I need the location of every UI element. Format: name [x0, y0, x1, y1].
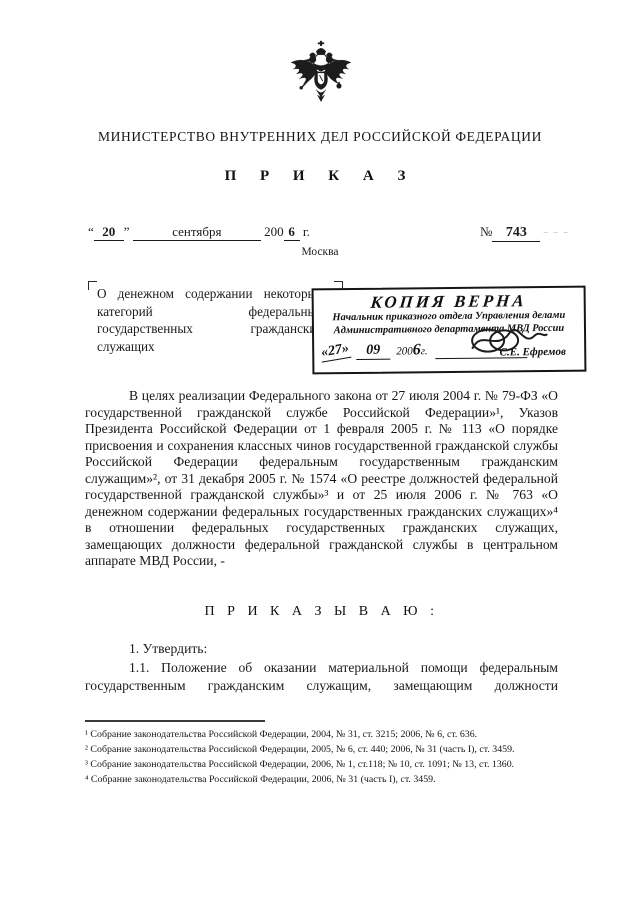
stamp-year-suffix: г. — [421, 345, 428, 357]
stamp-title: КОПИЯ ВЕРНА — [313, 291, 585, 313]
issue-day: 20 — [94, 224, 124, 241]
stamp-year-digit: 6 — [413, 341, 421, 358]
issue-year-digit: 6 — [284, 224, 300, 241]
issue-year-suffix: г. — [303, 224, 310, 239]
footnote-4: ⁴ Собрание законодательства Российской Ф… — [85, 772, 573, 787]
stamp-date-day: «27» — [319, 341, 351, 363]
order-item-1: 1. Утвердить: — [85, 641, 558, 657]
stamp-date-year: 2006г. — [396, 341, 428, 359]
order-keyword: П Р И К А З Ы В А Ю : — [85, 604, 558, 620]
number-value: 743 — [492, 225, 540, 242]
doc-type-title: П Р И К А З — [0, 168, 640, 185]
signature-scribble-icon — [462, 324, 548, 358]
footnote-2: ² Собрание законодательства Российской Ф… — [85, 742, 573, 757]
number-trailing-marks: – – – — [544, 227, 570, 236]
stamp-year-prefix: 200 — [396, 345, 413, 357]
issue-month: сентября — [133, 224, 261, 241]
document-page: МИНИСТЕРСТВО ВНУТРЕННИХ ДЕЛ РОССИЙСКОЙ Ф… — [0, 0, 640, 905]
corner-mark-left-icon — [88, 281, 97, 290]
footnote-3: ³ Собрание законодательства Российской Ф… — [85, 757, 573, 772]
coat-of-arms-icon — [288, 40, 354, 120]
quote-close: ” — [124, 224, 130, 239]
subject-block: О денежном содержании некоторых категори… — [88, 281, 324, 355]
number-label: № — [480, 224, 492, 239]
footnotes-block: ¹ Собрание законодательства Российской Ф… — [85, 727, 573, 787]
doc-number: №743 – – – — [480, 224, 570, 242]
stamp-date-row: «27» 09 2006г. С.Е. Ефремов — [314, 340, 584, 361]
issue-year-prefix: 200 — [264, 224, 284, 239]
copy-stamp: КОПИЯ ВЕРНА Начальник приказного отдела … — [312, 286, 587, 375]
footnote-1: ¹ Собрание законодательства Российской Ф… — [85, 727, 573, 742]
ministry-title: МИНИСТЕРСТВО ВНУТРЕННИХ ДЕЛ РОССИЙСКОЙ Ф… — [0, 129, 640, 145]
stamp-date-month: 09 — [356, 343, 390, 360]
order-item-1-1: 1.1. Положение об оказании материальной … — [85, 659, 558, 694]
body-paragraph: В целях реализации Федерального закона о… — [85, 388, 558, 570]
footnote-rule — [85, 720, 265, 722]
city-label: Москва — [0, 246, 640, 258]
issue-date: “20” сентября 2006 г. — [88, 224, 310, 241]
subject-text: О денежном содержании некоторых категори… — [97, 285, 323, 355]
